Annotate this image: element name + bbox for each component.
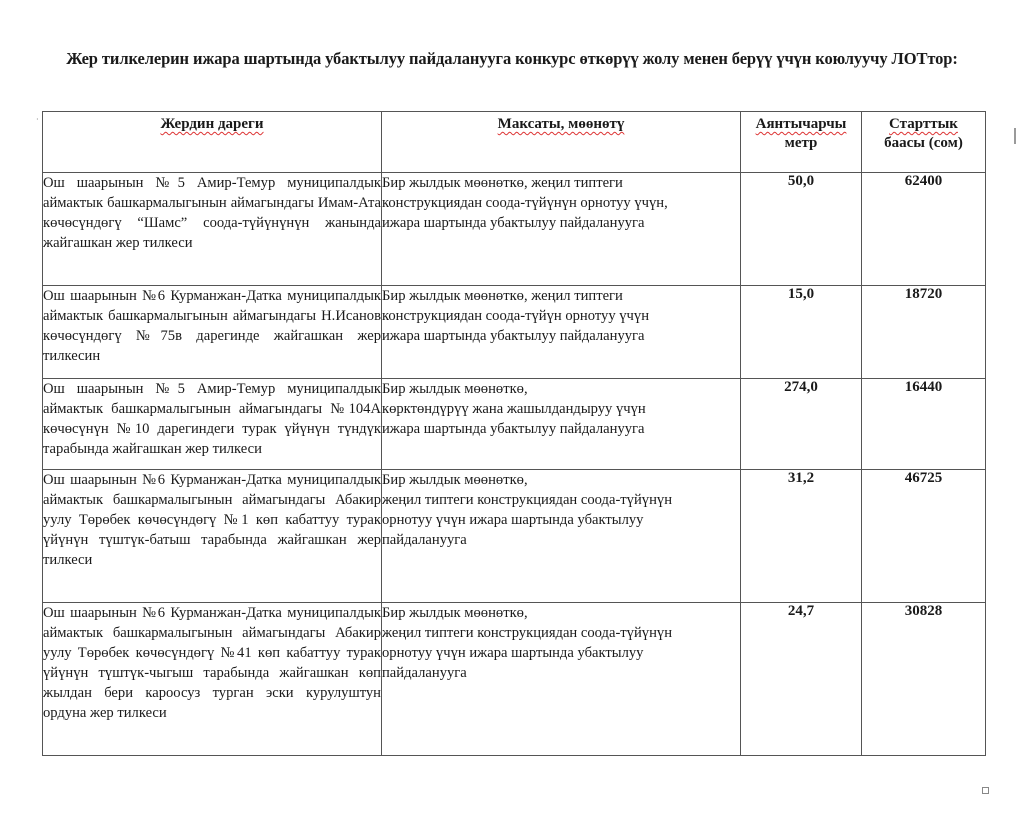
header-purpose-label: Максаты, мөөнөтү <box>498 116 625 132</box>
purpose-line: конструкциядан соода-түйүнүн орнотуу үчү… <box>382 193 740 213</box>
cell-address: Ош шаарынын №5 Амир-Темур муниципалдык а… <box>43 173 382 286</box>
cell-price: 18720 <box>862 286 986 379</box>
header-purpose: Максаты, мөөнөтү <box>382 112 741 173</box>
header-area: Аянтычарчы метр <box>741 112 862 173</box>
text-cursor-mark <box>1014 128 1016 144</box>
cell-address: Ош шаарынын №6 Курманжан-Датка муниципал… <box>43 286 382 379</box>
document-title: Жер тилкелерин ижара шартында убактылуу … <box>0 49 1024 69</box>
cell-purpose: Бир жылдык мөөнөткө, жеңил типтеги конст… <box>382 173 741 286</box>
cell-purpose: Бир жылдык мөөнөткө, жеңил типтеги конст… <box>382 286 741 379</box>
cell-purpose: Бир жылдык мөөнөткө, жеңил типтеги конст… <box>382 470 741 603</box>
purpose-line: орнотуу үчүн ижара шартында убактылуу <box>382 510 740 530</box>
header-area-line1: Аянтычарчы <box>756 116 847 132</box>
header-address: Жердин дареги <box>43 112 382 173</box>
purpose-line: жеңил типтеги конструкциядан соода-түйүн… <box>382 490 740 510</box>
table-row: Ош шаарынын №6 Курманжан-Датка муниципал… <box>43 603 986 756</box>
cell-purpose: Бир жылдык мөөнөткө, жеңил типтеги конст… <box>382 603 741 756</box>
cell-purpose: Бир жылдык мөөнөткө, көрктөндүрүү жана ж… <box>382 379 741 470</box>
purpose-line: Бир жылдык мөөнөткө, <box>382 603 740 623</box>
purpose-line: жеңил типтеги конструкциядан соода-түйүн… <box>382 623 740 643</box>
purpose-line: ижара шартында убактылуу пайдаланууга <box>382 419 740 439</box>
purpose-line: Бир жылдык мөөнөткө, жеңил типтеги <box>382 173 740 193</box>
cell-address: Ош шаарынын №6 Курманжан-Датка муниципал… <box>43 603 382 756</box>
header-price-line1: Старттык <box>889 116 958 132</box>
header-address-label: Жердин дареги <box>160 116 263 132</box>
table-header-row: Жердин дареги Максаты, мөөнөтү Аянтычарч… <box>43 112 986 173</box>
cell-price: 16440 <box>862 379 986 470</box>
cell-area: 274,0 <box>741 379 862 470</box>
cell-area: 31,2 <box>741 470 862 603</box>
cell-price: 46725 <box>862 470 986 603</box>
purpose-line: пайдаланууга <box>382 663 740 683</box>
purpose-line: Бир жылдык мөөнөткө, жеңил типтеги <box>382 286 740 306</box>
purpose-line: Бир жылдык мөөнөткө, <box>382 470 740 490</box>
cell-address: Ош шаарынын №5 Амир-Темур муниципалдык а… <box>43 379 382 470</box>
purpose-line: ижара шартында убактылуу пайдаланууга <box>382 326 740 346</box>
purpose-line: орнотуу үчүн ижара шартында убактылуу <box>382 643 740 663</box>
purpose-line: көрктөндүрүү жана жашылдандыруу үчүн <box>382 399 740 419</box>
purpose-line: конструкциядан соода-түйүн орнотуу үчүн <box>382 306 740 326</box>
purpose-line: пайдаланууга <box>382 530 740 550</box>
cell-price: 62400 <box>862 173 986 286</box>
table-row: Ош шаарынын №5 Амир-Темур муниципалдык а… <box>43 379 986 470</box>
header-area-line2: метр <box>785 135 818 151</box>
cell-price: 30828 <box>862 603 986 756</box>
table-row: Ош шаарынын №5 Амир-Темур муниципалдык а… <box>43 173 986 286</box>
table-row: Ош шаарынын №6 Курманжан-Датка муниципал… <box>43 470 986 603</box>
cell-area: 15,0 <box>741 286 862 379</box>
header-price: Старттык баасы (сом) <box>862 112 986 173</box>
header-price-line2: баасы (сом) <box>884 135 963 151</box>
margin-marker: · <box>36 115 39 124</box>
table-resize-handle[interactable] <box>982 787 989 794</box>
purpose-line: Бир жылдык мөөнөткө, <box>382 379 740 399</box>
purpose-line: ижара шартында убактылуу пайдаланууга <box>382 213 740 233</box>
cell-area: 50,0 <box>741 173 862 286</box>
cell-address: Ош шаарынын №6 Курманжан-Датка муниципал… <box>43 470 382 603</box>
cell-area: 24,7 <box>741 603 862 756</box>
table-row: Ош шаарынын №6 Курманжан-Датка муниципал… <box>43 286 986 379</box>
lots-table: Жердин дареги Максаты, мөөнөтү Аянтычарч… <box>42 111 986 756</box>
